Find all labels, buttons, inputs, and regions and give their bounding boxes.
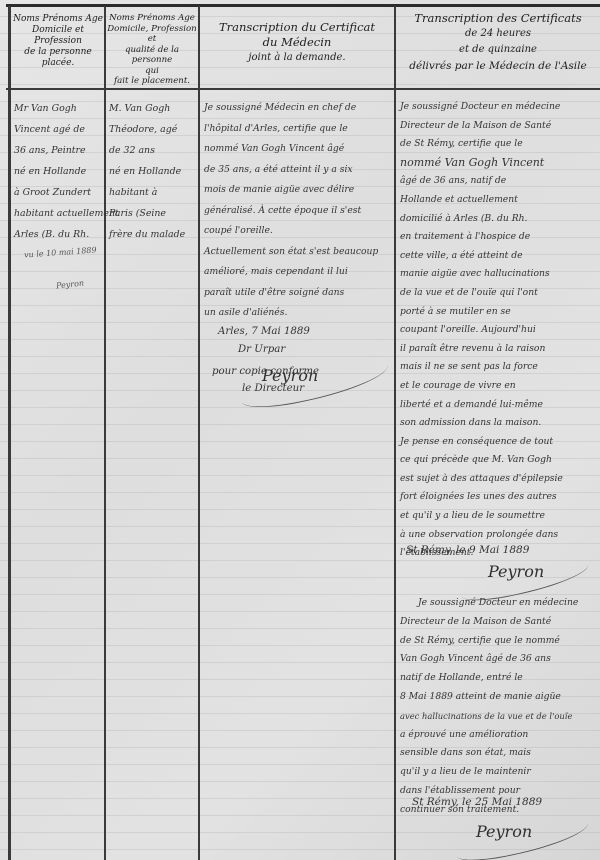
header-line: Domicile, Profession — [106, 24, 198, 35]
header-line: Noms Prénoms Age — [106, 13, 198, 24]
certificate-line: coupé l'oreille. — [204, 221, 378, 242]
certificate-line: Je soussigné Médecin en chef de — [204, 98, 378, 119]
entry-line: Paris (Seine — [109, 203, 185, 224]
certificate-line: nommé Van Gogh Vincent — [400, 154, 563, 173]
entry-line: Théodore, agé — [109, 119, 185, 140]
entry-line: habitant à — [109, 182, 185, 203]
cert2-date: St Rémy, le 25 Mai 1889 — [412, 794, 542, 811]
certificate-line: 8 Mai 1889 atteint de manie aigüe — [400, 688, 578, 707]
margin-initials: Peyron — [56, 279, 85, 291]
header-line: Transcription du Certificat — [200, 20, 394, 35]
certificate-line: fort éloignées les unes des autres — [400, 488, 563, 507]
header-person-placing: Noms Prénoms Age Domicile, Profession et… — [106, 13, 198, 87]
header-line: Transcription des Certificats — [396, 10, 600, 26]
header-line: fait le placement. — [106, 76, 198, 87]
certificate-line: généralisé. À cette époque il s'est — [204, 201, 378, 222]
certificate-line: domicilié à Arles (B. du Rh. — [400, 210, 563, 229]
header-line: joint à la demande. — [200, 50, 394, 65]
entry-line: Vincent agé de — [14, 119, 119, 140]
header-line: du Médecin — [200, 35, 394, 50]
certificate-line: et qu'il y a lieu de le soumettre — [400, 507, 563, 526]
header-line: Noms Prénoms Age — [12, 14, 104, 25]
entry-line: habitant actuellement — [14, 203, 119, 224]
header-line: placée. — [12, 58, 104, 69]
certificate-line: natif de Hollande, entré le — [400, 669, 578, 688]
certificate-line: Je soussigné Docteur en médecine — [400, 98, 563, 117]
top-rule — [6, 4, 600, 7]
header-line: délivrés par le Médecin de l'Asile — [396, 58, 600, 74]
entry-line: 36 ans, Peintre — [14, 140, 119, 161]
certificate-line: sensible dans son état, mais — [400, 744, 578, 763]
left-border-rule — [8, 6, 11, 860]
certificate-line: nommé Van Gogh Vincent âgé — [204, 139, 378, 160]
certificate-line: coupant l'oreille. Aujourd'hui — [400, 321, 563, 340]
certificate-line: et le courage de vivre en — [400, 377, 563, 396]
margin-date-note: vu le 10 mai 1889 — [24, 245, 97, 259]
certificate-line: de 35 ans, a été atteint il y a six — [204, 160, 378, 181]
certificate-line: de St Rémy, certifie que le — [400, 135, 563, 154]
header-doctor-certificate: Transcription du Certificat du Médecin j… — [200, 20, 394, 65]
certificate-line: Hollande et actuellement — [400, 191, 563, 210]
certificate-line: âgé de 36 ans, natif de — [400, 172, 563, 191]
certificate-line: Directeur de la Maison de Santé — [400, 117, 563, 136]
entry-line: Arles (B. du Rh. — [14, 224, 119, 245]
entry-line: à Groot Zundert — [14, 182, 119, 203]
certificate-line: il paraît être revenu à la raison — [400, 340, 563, 359]
header-line: et — [106, 34, 198, 45]
certificate-line: est sujet à des attaques d'épilepsie — [400, 470, 563, 489]
header-line: qualité de la personne — [106, 45, 198, 66]
certificate-line: Actuellement son état s'est beaucoup — [204, 242, 378, 263]
certificate-line: amélioré, mais cependant il lui — [204, 262, 378, 283]
certificate-line: Directeur de la Maison de Santé — [400, 613, 578, 632]
certificate-line: mais il ne se sent pas la force — [400, 358, 563, 377]
patient-entry: Mr Van Gogh Vincent agé de 36 ans, Peint… — [14, 98, 119, 245]
placer-entry: M. Van Gogh Théodore, agé de 32 ans né e… — [109, 98, 185, 245]
column-divider-3 — [394, 6, 396, 860]
entry-line: Mr Van Gogh — [14, 98, 119, 119]
entry-line: frère du malade — [109, 224, 185, 245]
certificate-line: Je pense en conséquence de tout — [400, 433, 563, 452]
certificate-line: mois de manie aigüe avec délire — [204, 180, 378, 201]
header-line: de la personne — [12, 47, 104, 58]
certificate-line: son admission dans la maison. — [400, 414, 563, 433]
asylum-certificate-15day: Je soussigné Docteur en médecine Directe… — [400, 594, 578, 820]
entry-line: né en Hollande — [109, 161, 185, 182]
certificate-line: de St Rémy, certifie que le nommé — [400, 632, 578, 651]
certificate-line: de la vue et de l'ouïe qui l'ont — [400, 284, 563, 303]
entry-line: M. Van Gogh — [109, 98, 185, 119]
header-person-placed: Noms Prénoms Age Domicile et Profession … — [12, 14, 104, 69]
column-divider-2 — [198, 6, 200, 860]
header-line: de 24 heures — [396, 26, 600, 42]
header-line: Domicile et Profession — [12, 25, 104, 47]
certificate-line: Van Gogh Vincent âgé de 36 ans — [400, 650, 578, 669]
certificate-line: avec hallucinations de la vue et de l'ou… — [400, 707, 578, 726]
certificate-line: liberté et a demandé lui-même — [400, 396, 563, 415]
entry-line: de 32 ans — [109, 140, 185, 161]
header-rule — [6, 88, 600, 90]
certificate-line: un asile d'aliénés. — [204, 303, 378, 324]
arles-doctor-certificate: Je soussigné Médecin en chef de l'hôpita… — [204, 98, 378, 324]
asylum-certificate-24h: Je soussigné Docteur en médecine Directe… — [400, 98, 563, 563]
certificate-line: ce qui précède que M. Van Gogh — [400, 451, 563, 470]
header-asylum-certificates: Transcription des Certificats de 24 heur… — [396, 10, 600, 74]
certificate-line: l'hôpital d'Arles, certifie que le — [204, 119, 378, 140]
certificate-line: cette ville, a été atteint de — [400, 247, 563, 266]
certificate-line: qu'il y a lieu de le maintenir — [400, 763, 578, 782]
header-line: et de quinzaine — [396, 42, 600, 58]
certificate-line: en traitement à l'hospice de — [400, 228, 563, 247]
certificate-line: porté à se mutiler en se — [400, 303, 563, 322]
certificate-line: Je soussigné Docteur en médecine — [400, 594, 578, 613]
certificate-line: a éprouvé une amélioration — [400, 726, 578, 745]
certificate-line: paraît utile d'être soigné dans — [204, 283, 378, 304]
certificate-line: manie aigüe avec hallucinations — [400, 265, 563, 284]
entry-line: né en Hollande — [14, 161, 119, 182]
register-page: Noms Prénoms Age Domicile et Profession … — [0, 0, 600, 860]
header-line: qui — [106, 66, 198, 77]
cert1-date: St Rémy, le 9 Mai 1889 — [406, 542, 529, 559]
